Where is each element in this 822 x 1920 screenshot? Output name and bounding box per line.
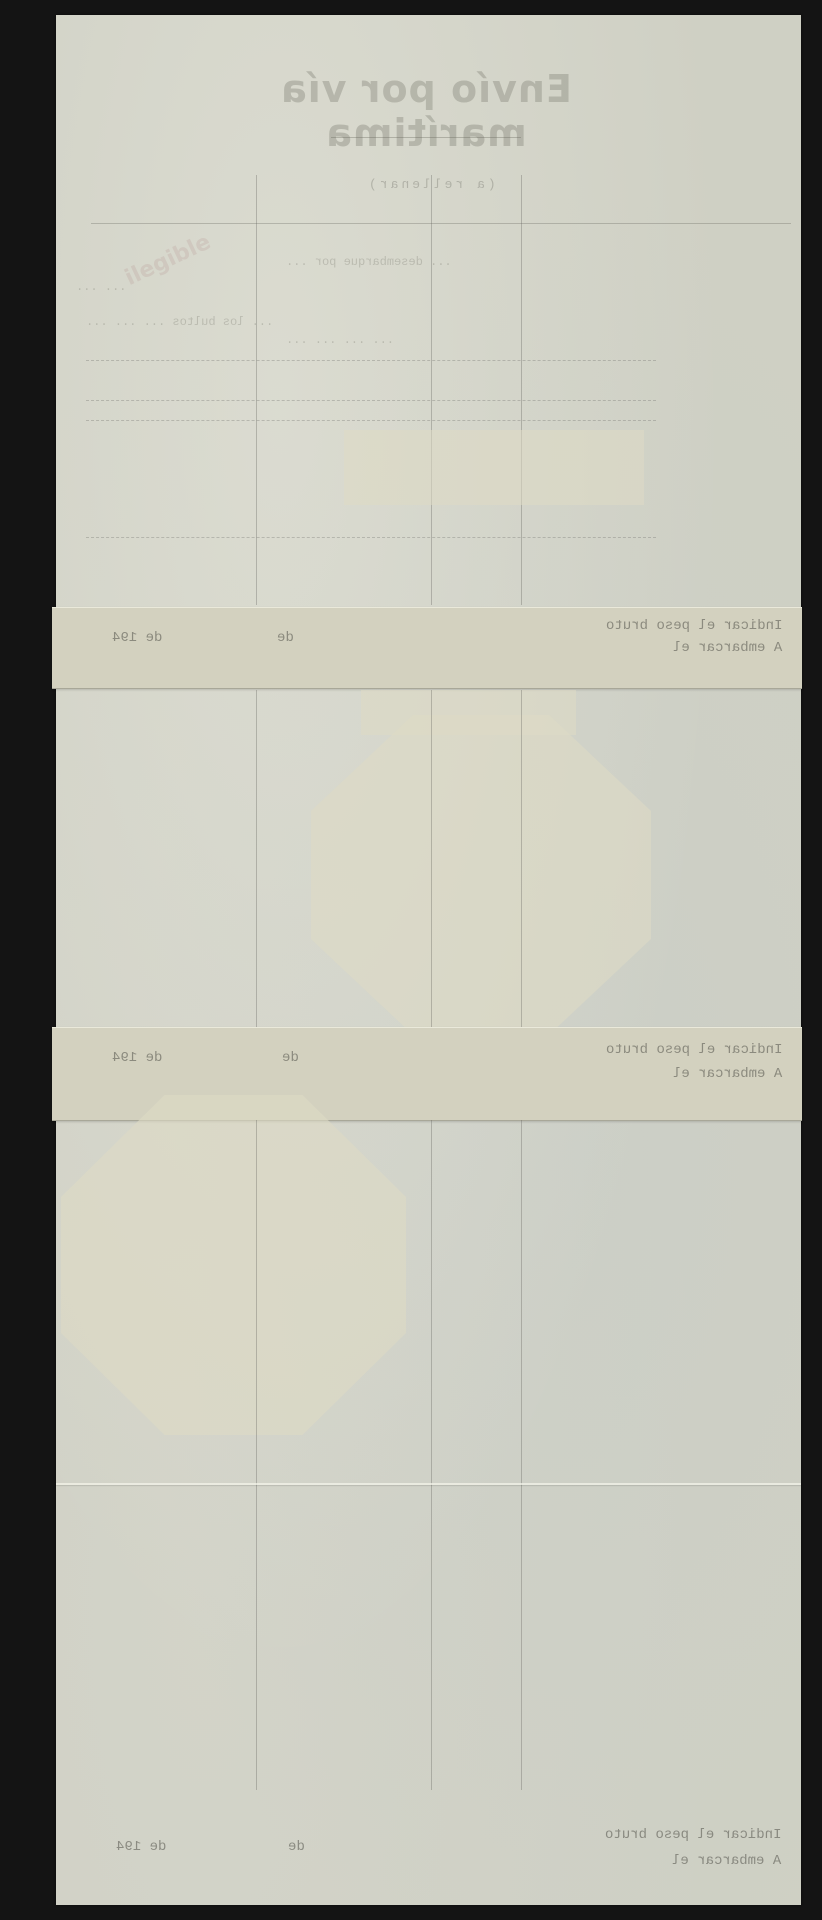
column-divider xyxy=(256,1120,257,1790)
column-divider xyxy=(431,175,432,605)
faded-stamp: ilegible xyxy=(121,230,241,350)
slip-text: de 194 xyxy=(116,1839,166,1855)
pasted-octagon-patch xyxy=(61,1095,406,1435)
slip-peso-label: Indicar el peso bruto xyxy=(606,1042,782,1058)
header-divider xyxy=(91,223,791,224)
slip-text: Indicar el peso bruto xyxy=(606,1042,782,1058)
slip-embarcar-label: A embarcar el xyxy=(672,1853,781,1869)
ghost-text-line: ... ... ... ... xyxy=(286,333,394,347)
column-divider xyxy=(521,690,522,1030)
slip-date-sep: de xyxy=(277,630,294,646)
document-title: Envío por vía marítima xyxy=(186,67,666,155)
slip-peso-label: Indicar el peso bruto xyxy=(605,1827,781,1843)
slip-year: de 194 xyxy=(112,630,162,646)
column-divider xyxy=(256,175,257,605)
slip-text: A embarcar el xyxy=(673,640,782,656)
ghost-text: ... los bultos ... ... ... xyxy=(86,315,273,329)
slip-text: A embarcar el xyxy=(673,1066,782,1082)
ghost-text: ... ... xyxy=(76,280,126,294)
ghost-text: ... ... ... ... xyxy=(286,333,394,347)
document-page: Envío por vía marítima (a rellenar) ileg… xyxy=(56,15,801,1905)
column-divider xyxy=(431,1120,432,1790)
column-divider xyxy=(521,1120,522,1790)
slip-year: de 194 xyxy=(112,1050,162,1066)
slip-text: de 194 xyxy=(112,1050,162,1066)
slip-peso-label: Indicar el peso bruto xyxy=(606,618,782,634)
slip-text: de xyxy=(282,1050,299,1066)
slip-text: de xyxy=(277,630,294,646)
dashed-rule xyxy=(86,400,656,401)
slip-embarcar-label: A embarcar el xyxy=(673,640,782,656)
title-text: Envío por vía marítima xyxy=(186,67,666,155)
slip-embarcar-label: A embarcar el xyxy=(673,1066,782,1082)
ghost-text: ... desembarque por ... xyxy=(286,255,452,269)
ghost-text-line: ... los bultos ... ... ... xyxy=(86,315,273,329)
slip-date-sep: de xyxy=(282,1050,299,1066)
dashed-rule xyxy=(86,360,656,361)
slip-year: de 194 xyxy=(116,1839,166,1855)
slip-text: de xyxy=(288,1839,305,1855)
title-underline xyxy=(331,137,521,138)
slip-text: A embarcar el xyxy=(672,1853,781,1869)
slip-date-sep: de xyxy=(288,1839,305,1855)
slip-text: Indicar el peso bruto xyxy=(605,1827,781,1843)
dashed-rule xyxy=(86,537,656,538)
pasted-paper-patch xyxy=(344,430,644,505)
column-divider xyxy=(521,175,522,605)
column-divider xyxy=(256,690,257,1030)
dashed-rule xyxy=(86,420,656,421)
ghost-text-line: ... desembarque por ... xyxy=(286,255,452,269)
slip-text: Indicar el peso bruto xyxy=(606,618,782,634)
ghost-text-line: ... ... xyxy=(76,280,126,294)
paper-fold-crease xyxy=(56,1483,801,1485)
slip-text: de 194 xyxy=(112,630,162,646)
column-divider xyxy=(431,690,432,1030)
stamp-text: ilegible xyxy=(121,230,215,291)
pasted-slip-1: Indicar el peso bruto A embarcar el de d… xyxy=(52,607,802,689)
pasted-octagon-patch xyxy=(311,715,651,1035)
